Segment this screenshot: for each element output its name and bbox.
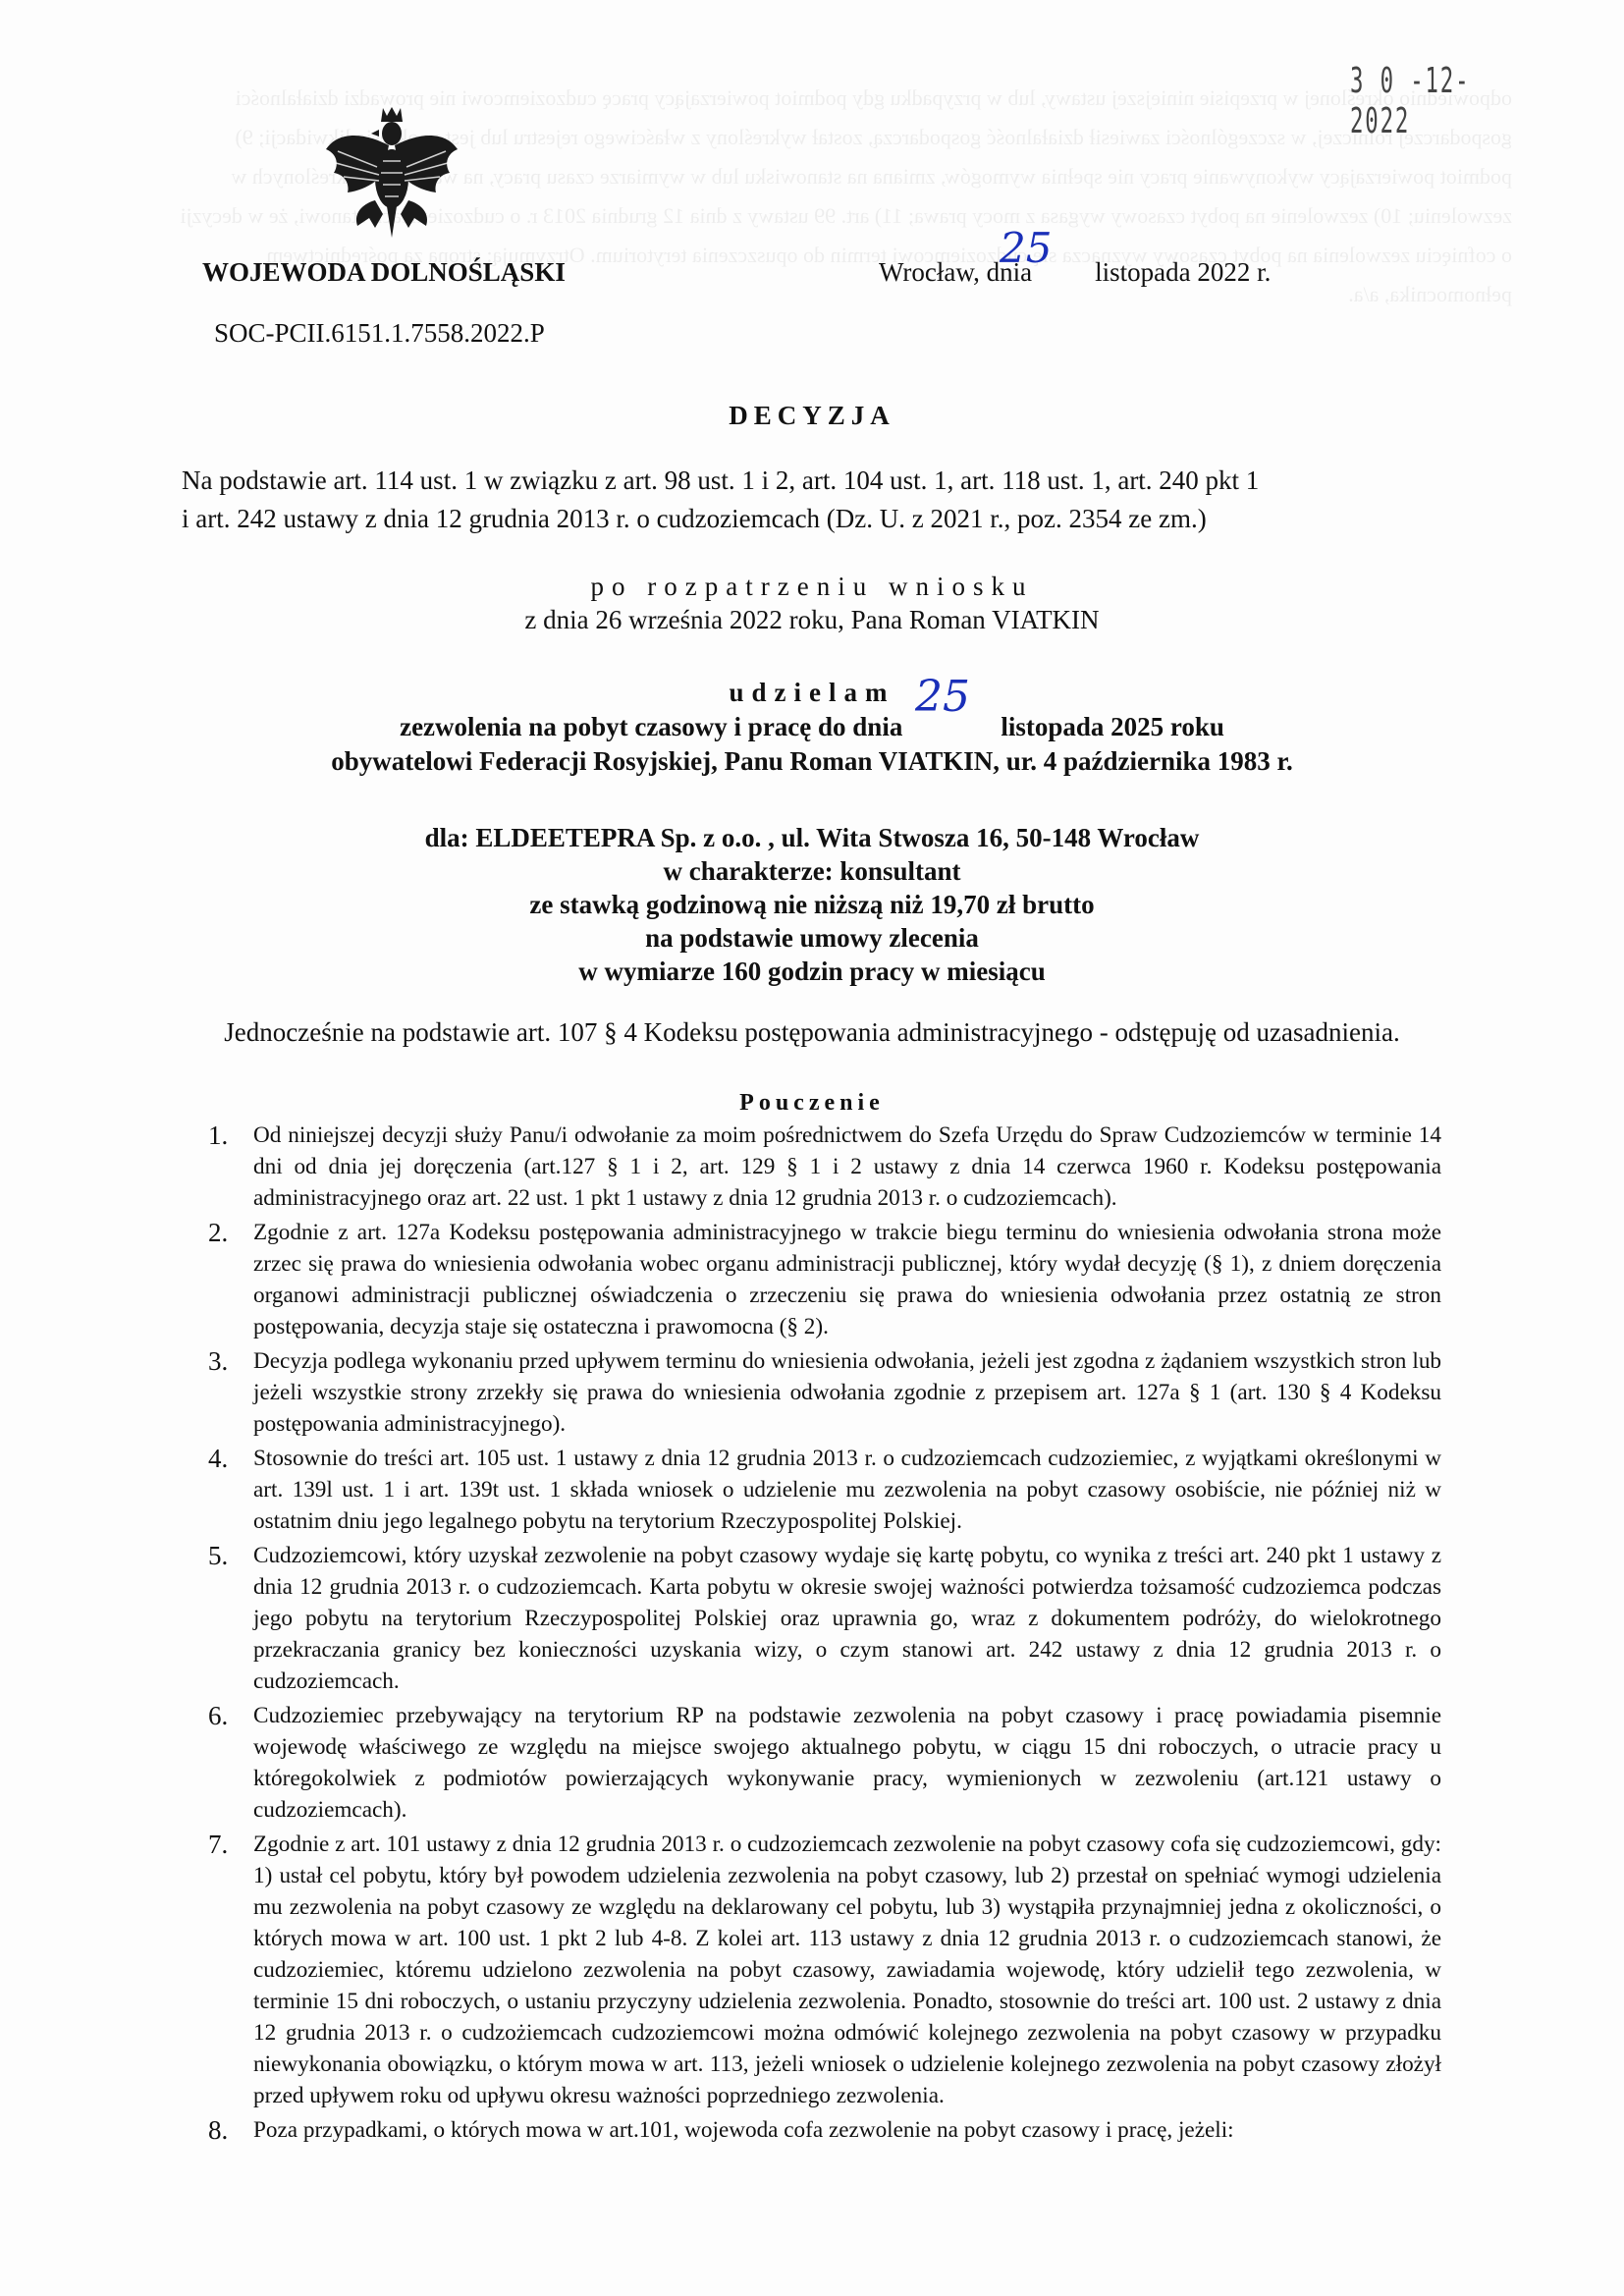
receipt-date-stamp: 3 0 -12- 2022: [1350, 61, 1520, 141]
list-item: 8.Poza przypadkami, o których mowa w art…: [208, 2114, 1441, 2146]
list-item: 2.Zgodnie z art. 127a Kodeksu postępowan…: [208, 1217, 1441, 1342]
position: w charakterze: konsultant: [0, 856, 1624, 887]
place-suffix: listopada 2022 r.: [1095, 257, 1271, 287]
application-heading: po rozpatrzeniu wniosku: [0, 572, 1624, 602]
application-detail: z dnia 26 września 2022 roku, Pana Roman…: [0, 605, 1624, 635]
list-item: 7.Zgodnie z art. 101 ustawy z dnia 12 gr…: [208, 1829, 1441, 2111]
grant-heading: udzielam: [0, 678, 1624, 708]
instructions-title: Pouczenie: [0, 1090, 1624, 1117]
legal-basis-line: i art. 242 ustawy z dnia 12 grudnia 2013…: [182, 500, 1458, 538]
grant-validity-suffix: listopada 2025 roku: [1001, 712, 1224, 741]
list-item: 4.Stosownie do treści art. 105 ust. 1 us…: [208, 1443, 1441, 1537]
polish-eagle-emblem-icon: [318, 102, 465, 242]
employer: dla: ELDEETEPRA Sp. z o.o. , ul. Wita St…: [0, 823, 1624, 853]
list-item: 5.Cudzoziemcowi, który uzyskał zezwoleni…: [208, 1540, 1441, 1697]
legal-basis-line: Na podstawie art. 114 ust. 1 w związku z…: [182, 462, 1458, 500]
list-item: 3.Decyzja podlega wykonaniu przed upływe…: [208, 1345, 1441, 1440]
case-reference-number: SOC-PCII.6151.1.7558.2022.P: [214, 318, 545, 349]
justification-waiver: Jednocześnie na podstawie art. 107 § 4 K…: [0, 1017, 1624, 1048]
list-item: 1.Od niniejszej decyzji służy Panu/i odw…: [208, 1120, 1441, 1214]
working-hours: w wymiarze 160 godzin pracy w miesiącu: [0, 957, 1624, 987]
grant-recipient: obywatelowi Federacji Rosyjskiej, Panu R…: [0, 746, 1624, 777]
contract-type: na podstawie umowy zlecenia: [0, 923, 1624, 954]
instructions-list: 1.Od niniejszej decyzji służy Panu/i odw…: [208, 1120, 1441, 2149]
hourly-rate: ze stawką godzinową nie niższą niż 19,70…: [0, 890, 1624, 920]
issuing-authority: WOJEWODA DOLNOŚLĄSKI: [202, 257, 566, 288]
legal-basis: Na podstawie art. 114 ust. 1 w związku z…: [182, 462, 1458, 538]
document-title: DECYZJA: [0, 401, 1624, 431]
list-item: 6.Cudzoziemiec przebywający na terytoriu…: [208, 1700, 1441, 1826]
handwritten-validity-day: 25: [915, 672, 970, 722]
grant-validity: zezwolenia na pobyt czasowy i pracę do d…: [0, 712, 1624, 742]
place-and-date: Wrocław, dnialistopada 2022 r.: [879, 257, 1271, 288]
grant-validity-prefix: zezwolenia na pobyt czasowy i pracę do d…: [400, 712, 902, 741]
handwritten-issue-day: 25: [1000, 224, 1052, 272]
